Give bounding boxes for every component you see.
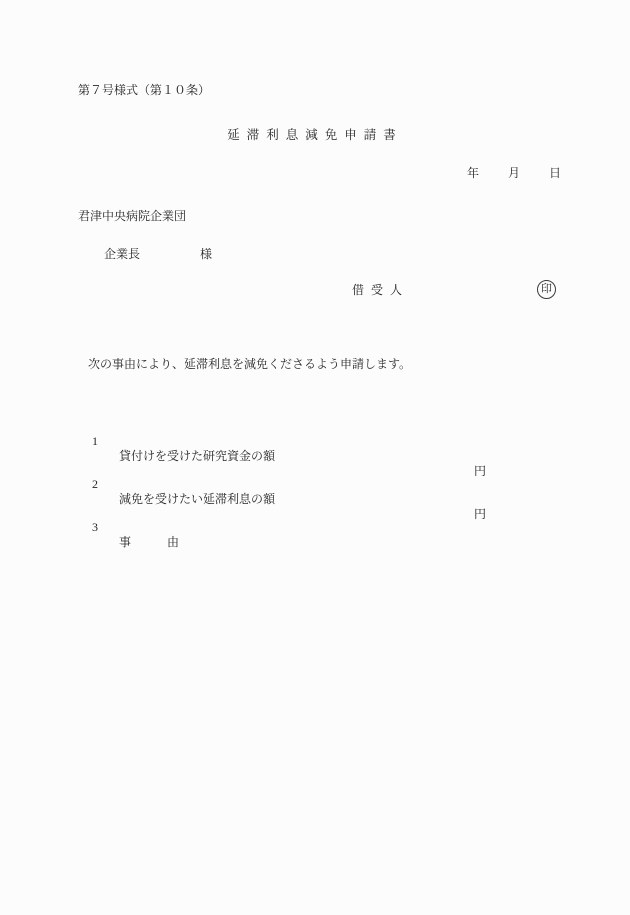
addressee-title-line: 企業長様 [92,232,212,277]
item-label: 事 由 [119,535,179,550]
borrower-label: 借受人 [352,283,409,298]
item-number: 2 [92,477,98,492]
addressee-honorific: 様 [200,247,212,261]
form-number: 第７号様式（第１０条） [78,83,210,98]
form-item-row: 3 事 由 [0,505,630,521]
application-statement: 次の事由により、延滞利息を減免くださるよう申請します。 [88,357,411,372]
seal-mark-icon: 印 [537,280,556,299]
item-number: 1 [92,434,98,449]
seal-mark-character: 印 [541,283,552,297]
form-item-row: 2 減免を受けたい延滞利息の額 円 [0,462,630,478]
date-line: 年 月 日 [467,166,561,181]
addressee-organization: 君津中央病院企業団 [78,209,186,224]
date-day-label: 日 [549,166,561,181]
document-page: 第７号様式（第１０条） 延滞利息減免申請書 年 月 日 君津中央病院企業団 企業… [0,0,630,915]
item-number: 3 [92,520,98,535]
document-title: 延滞利息減免申請書 [0,128,630,144]
form-item-row: 1 貸付けを受けた研究資金の額 円 [0,419,630,435]
date-year-label: 年 [467,166,479,181]
addressee-title: 企業長 [104,247,140,261]
date-month-label: 月 [508,166,520,181]
